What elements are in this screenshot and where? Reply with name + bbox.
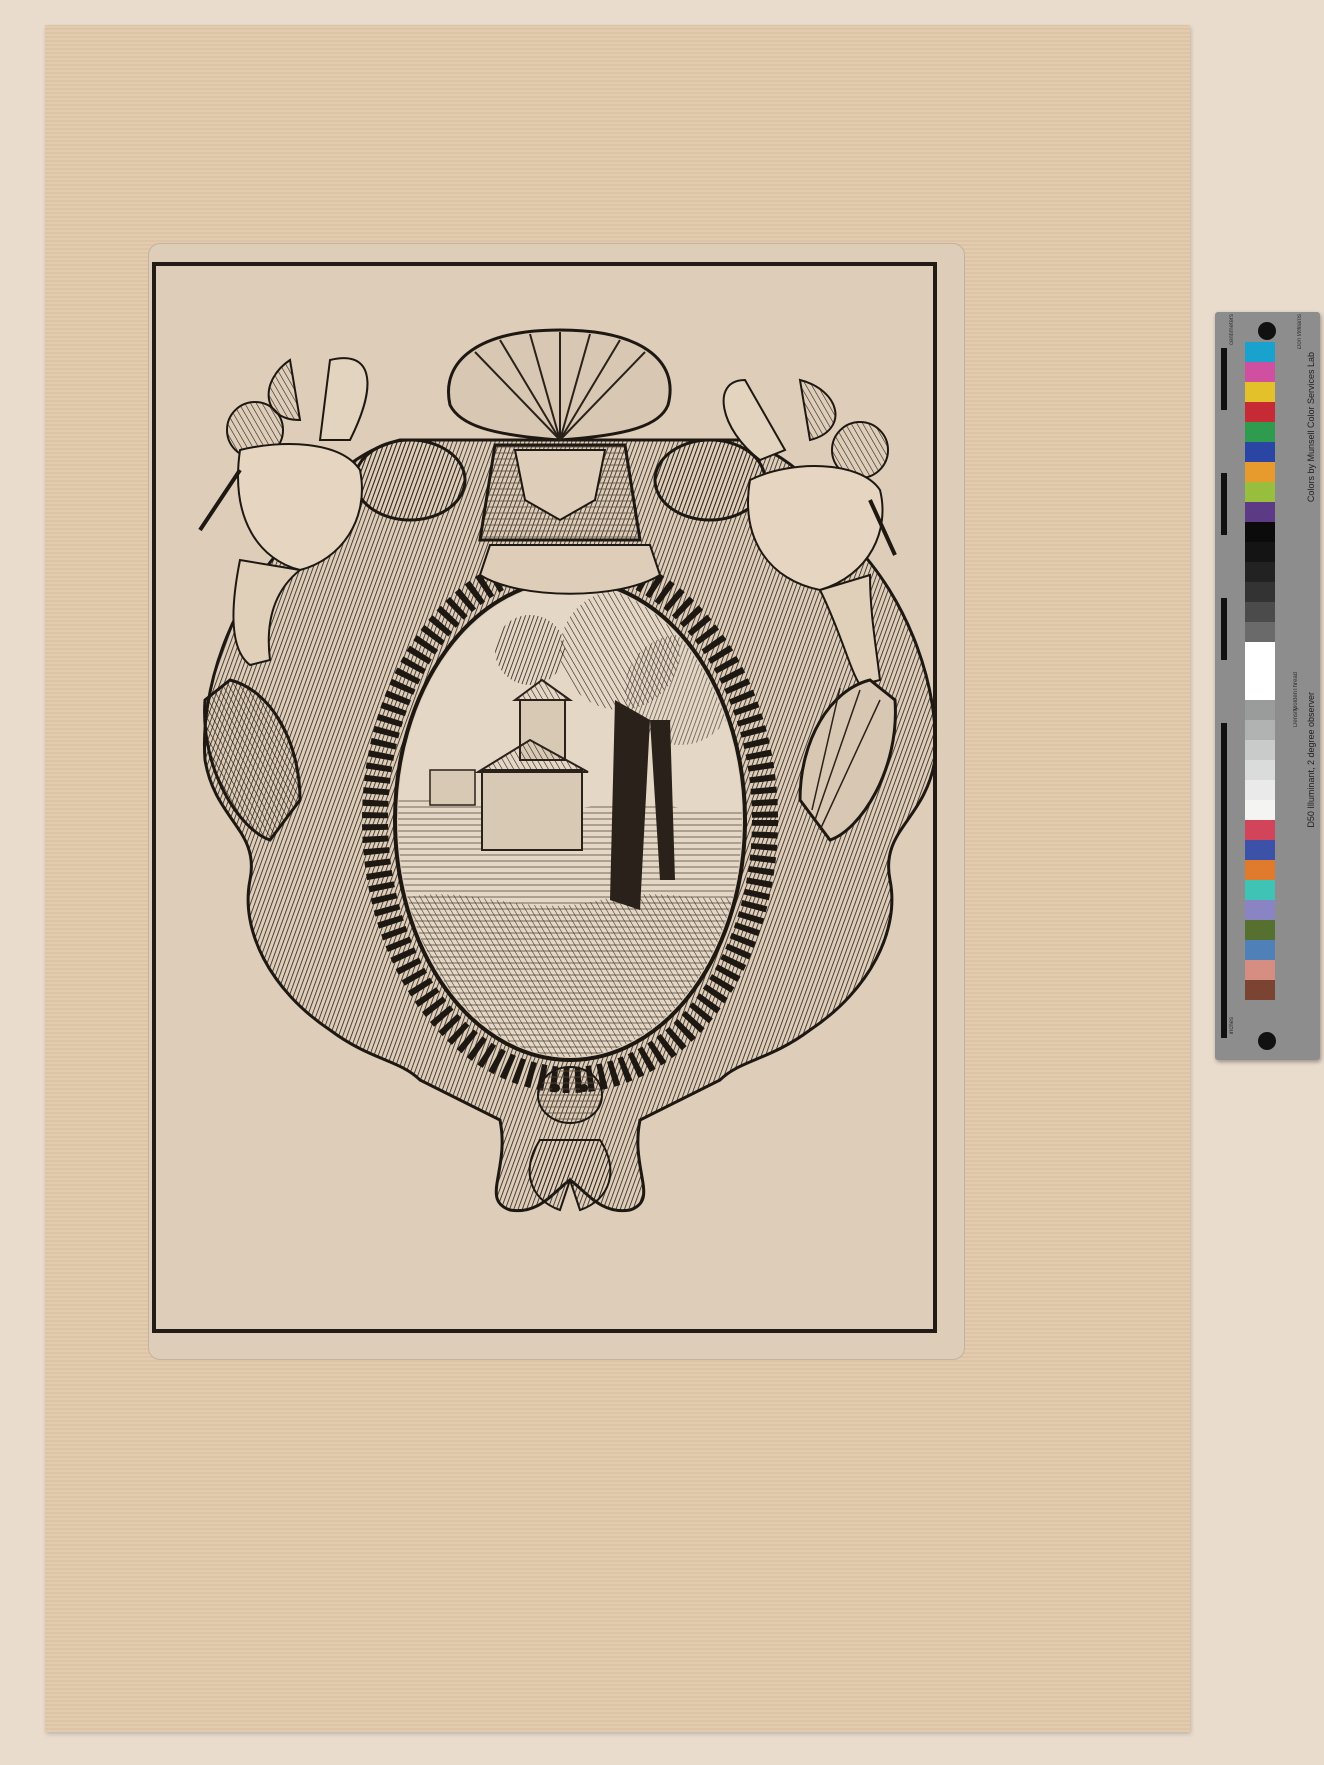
swatch-8 — [1245, 840, 1275, 860]
signature: Don Williams — [1297, 314, 1303, 349]
swatch-2 — [1245, 960, 1275, 980]
swatch-4 — [1245, 920, 1275, 940]
swatch-21 — [1245, 522, 1275, 542]
swatch-25 — [1245, 442, 1275, 462]
swatch-23 — [1245, 482, 1275, 502]
ruler-bottom-label: inches — [1229, 1017, 1235, 1034]
swatch-17 — [1245, 602, 1275, 622]
mounting-hole-bottom — [1258, 1032, 1276, 1050]
swatch-15 — [1245, 700, 1275, 720]
swatch-7 — [1245, 860, 1275, 880]
swatch-14 — [1245, 720, 1275, 740]
ruler-top-label: centimeters — [1229, 314, 1235, 345]
measurement-ruler — [1221, 348, 1227, 1038]
cartouche-engraving — [0, 0, 1324, 1765]
brand-label: Colors by Munsell Color Services Lab — [1306, 352, 1316, 502]
swatch-1 — [1245, 980, 1275, 1000]
mounting-hole-top — [1258, 322, 1276, 340]
swatch-20 — [1245, 542, 1275, 562]
illuminant-label: D50 Illuminant, 2 degree observer — [1306, 692, 1316, 828]
swatch-11 — [1245, 780, 1275, 800]
swatch-12 — [1245, 760, 1275, 780]
swatch-18 — [1245, 582, 1275, 602]
scale-reference-card — [1245, 642, 1275, 700]
swatch-13 — [1245, 740, 1275, 760]
swatch-19 — [1245, 562, 1275, 582]
swatch-9 — [1245, 820, 1275, 840]
swatch-27 — [1245, 402, 1275, 422]
swatch-26 — [1245, 422, 1275, 442]
density-label: Density — [1293, 707, 1299, 727]
swatch-5 — [1245, 900, 1275, 920]
swatch-6 — [1245, 880, 1275, 900]
color-swatch-column — [1245, 342, 1275, 1000]
swatch-30 — [1245, 342, 1275, 362]
swatch-22 — [1245, 502, 1275, 522]
swatch-16 — [1245, 622, 1275, 642]
color-calibration-target: Colors by Munsell Color Services Lab D50… — [1215, 312, 1320, 1060]
swatch-3 — [1245, 940, 1275, 960]
swatch-28 — [1245, 382, 1275, 402]
swatch-29 — [1245, 362, 1275, 382]
swatch-10 — [1245, 800, 1275, 820]
swatch-24 — [1245, 462, 1275, 482]
maker-label: GoldenThread — [1293, 672, 1299, 710]
